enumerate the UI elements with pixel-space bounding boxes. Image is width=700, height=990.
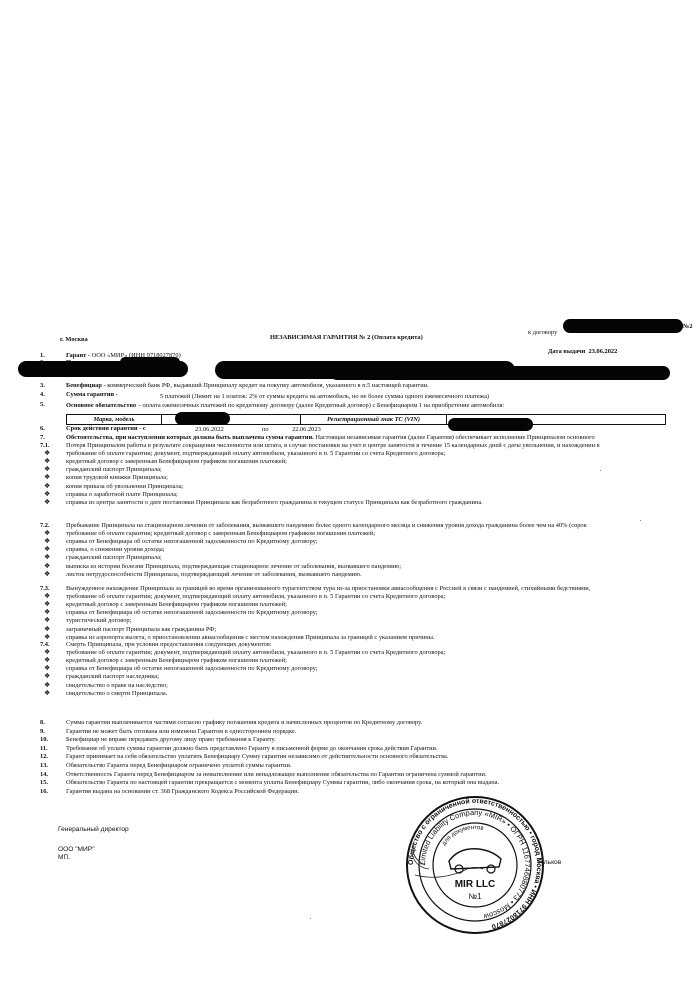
item-number: 8.	[40, 719, 45, 726]
company-seal-icon: Общество с ограниченной ответственностью…	[405, 795, 545, 935]
table-header-make-model: Марка, модель	[67, 415, 162, 424]
svg-text:MIR LLC: MIR LLC	[455, 879, 496, 890]
bullet-icon: ❖	[44, 633, 50, 641]
bullet-icon: ❖	[44, 625, 50, 633]
bullet-icon: ❖	[44, 672, 50, 680]
svg-text:для документов: для документов	[441, 825, 484, 847]
list-item: копия трудовой книжки Принципала;	[66, 474, 168, 481]
validity-label: Срок действия гарантии - с	[66, 425, 146, 432]
bullet-icon: ❖	[44, 616, 50, 624]
seal-mark: МП.	[58, 854, 70, 861]
guarantor-label: Гарант -	[66, 352, 90, 359]
clause-text: Бенефициар не вправе передавать другому …	[66, 736, 276, 743]
table-header-vin: Регистрационный знак ТС (VIN)	[301, 415, 447, 424]
clause-text: Требование об уплате суммы гарантии долж…	[66, 745, 438, 752]
list-item: кредитный договор с заверенным Бенефициа…	[66, 458, 287, 465]
main-obligation-value: – оплата ежемесячных платежей по кредитн…	[138, 402, 505, 409]
signer-position: Генеральный директор	[58, 826, 129, 833]
bullet-icon: ❖	[44, 457, 50, 465]
item-number: 12.	[40, 753, 48, 760]
main-obligation-label: Основное обязательство	[66, 402, 136, 409]
issue-date: Дата выдачи 23.06.2022	[548, 348, 617, 356]
list-item: выписка из истории болезни Принципала, п…	[66, 563, 401, 570]
city-label: г. Москва	[60, 336, 88, 344]
clause-text: Ответственность Гаранта перед Бенефициар…	[66, 771, 487, 778]
item-number: 13.	[40, 762, 48, 769]
bullet-icon: ❖	[44, 490, 50, 498]
bullet-icon: ❖	[44, 529, 50, 537]
main-obligation-line: Основное обязательство – оплата ежемесяч…	[66, 402, 504, 409]
clause-text: Гарант принимает на себя обязательство у…	[66, 753, 448, 760]
bullet-icon: ❖	[44, 592, 50, 600]
validity-to-label: по	[262, 426, 269, 434]
item-number: 9.	[40, 728, 45, 735]
issue-date-label: Дата выдачи	[548, 348, 585, 355]
item-number: 5.	[40, 401, 45, 408]
clause-text: Гарантия не может быть отозвана или изме…	[66, 728, 296, 735]
bullet-icon: ❖	[44, 656, 50, 664]
document-page: Приложение №2 к договору г. Москва НЕЗАВ…	[0, 0, 700, 990]
beneficiary-label: Бенефициар -	[66, 382, 106, 389]
section-number: 7.2.	[40, 522, 50, 529]
item-number: 4.	[40, 391, 45, 398]
list-item: кредитный договор с заверенным Бенефициа…	[66, 657, 287, 664]
section-number: 7.4.	[40, 641, 50, 648]
list-item: требование об оплате гарантии; документ,…	[66, 593, 445, 600]
bullet-icon: ❖	[44, 648, 50, 656]
item-number: 11.	[40, 745, 48, 752]
section-title: Смерть Принципала, при условии предостав…	[66, 641, 272, 648]
validity-to: 22.06.2023	[292, 426, 321, 434]
item-number: 16.	[40, 788, 48, 795]
guarantee-amount-label: Сумма гарантии -	[66, 391, 118, 398]
list-item: листок нетрудоспособности Принципала, по…	[66, 571, 362, 578]
item-number: 7.	[40, 434, 45, 441]
beneficiary-line: Бенефициар - коммерческий банк РФ, выдав…	[66, 382, 429, 389]
section-title: Потеря Принципалом работы в результате с…	[66, 442, 600, 449]
contract-label: к договору	[528, 329, 557, 337]
list-item: справка, о снижении уровня дохода;	[66, 546, 165, 553]
signer-company: ООО "МИР"	[58, 846, 95, 853]
item-number: 15.	[40, 779, 48, 786]
list-item: требование об оплате гарантии; документ,…	[66, 450, 445, 457]
item-number: 14.	[40, 771, 48, 778]
redaction-contract-number	[563, 319, 683, 333]
list-item: требование об оплате гарантии; кредитный…	[66, 530, 375, 537]
section-title: Пребывание Принципала на стационарном ле…	[66, 522, 587, 529]
bullet-icon: ❖	[44, 449, 50, 457]
vehicle-table: Марка, модель Регистрационный знак ТС (V…	[66, 414, 666, 425]
bullet-icon: ❖	[44, 664, 50, 672]
circumstances-line: Обстоятельства, при наступлении которых …	[66, 434, 595, 441]
list-item: справка от Бенефициара об остатке непога…	[66, 665, 317, 672]
bullet-icon: ❖	[44, 537, 50, 545]
item-number: 10.	[40, 736, 48, 743]
item-number: 1.	[40, 352, 45, 359]
beneficiary-value: коммерческий банк РФ, выдавший Принципал…	[107, 382, 428, 389]
clause-text: Обязательство Гаранта по настоящей гаран…	[66, 779, 499, 786]
document-title: НЕЗАВИСИМАЯ ГАРАНТИЯ № 2 (Оплата кредита…	[270, 334, 423, 342]
section-title: Вынужденное нахождение Принципала за гра…	[66, 585, 590, 592]
redaction-vin	[448, 418, 533, 431]
list-item: кредитный договор с заверенным Бенефициа…	[66, 601, 287, 608]
bullet-icon: ❖	[44, 473, 50, 481]
list-item: справка из аэропорта вылета, о приостано…	[66, 634, 435, 641]
issue-date-value: 23.06.2022	[589, 348, 618, 355]
clause-text: Обязательство Гаранта перед Бенефициаром…	[66, 762, 291, 769]
bullet-icon: ❖	[44, 482, 50, 490]
guarantee-amount-value: 5 платежей (Лимит на 1 платеж: 2% от сум…	[160, 393, 489, 401]
list-item: требование об оплате гарантии; документ,…	[66, 649, 445, 656]
bullet-icon: ❖	[44, 689, 50, 697]
bullet-icon: ❖	[44, 570, 50, 578]
list-item: копия приказа об увольнении Принципала;	[66, 483, 183, 490]
list-item: справка от Бенефициара об остатке непога…	[66, 538, 317, 545]
bullet-icon: ❖	[44, 600, 50, 608]
item-number: 6.	[40, 425, 45, 432]
svg-text:№1: №1	[468, 892, 482, 901]
redaction-principal	[120, 357, 180, 367]
bullet-icon: ❖	[44, 465, 50, 473]
redaction-model	[175, 412, 230, 425]
list-item: гражданский паспорт Принципала;	[66, 554, 162, 561]
section-number: 7.1.	[40, 442, 50, 449]
bullet-icon: ❖	[44, 545, 50, 553]
redaction-principal	[330, 366, 670, 380]
list-item: справка от Бенефициара об остатке непога…	[66, 609, 317, 616]
bullet-icon: ❖	[44, 681, 50, 689]
list-item: гражданский паспорт наследника;	[66, 673, 159, 680]
circumstances-text: Настоящая независимая гарантия (далее Га…	[315, 434, 594, 441]
list-item: справка из центра занятости о дате поста…	[66, 499, 483, 506]
bullet-icon: ❖	[44, 562, 50, 570]
item-number: 3.	[40, 382, 45, 389]
list-item: гражданский паспорт Принципала;	[66, 466, 162, 473]
bullet-icon: ❖	[44, 498, 50, 506]
list-item: справка о заработной плате Принципала;	[66, 491, 178, 498]
clause-text: Сумма гарантии выплачивается частями сог…	[66, 719, 422, 726]
list-item: свидетельство о праве на наследство;	[66, 682, 168, 689]
section-number: 7.3.	[40, 585, 50, 592]
circumstances-label: Обстоятельства, при наступлении которых …	[66, 434, 314, 441]
list-item: туристический договор;	[66, 617, 131, 624]
bullet-icon: ❖	[44, 608, 50, 616]
validity-from: 23.06.2022	[195, 426, 224, 434]
bullet-icon: ❖	[44, 553, 50, 561]
list-item: свидетельство о смерти Принципала.	[66, 690, 167, 697]
list-item: заграничный паспорт Принципала как гражд…	[66, 626, 216, 633]
clause-text: Гарантия выдана на основании ст. 368 Гра…	[66, 788, 299, 795]
